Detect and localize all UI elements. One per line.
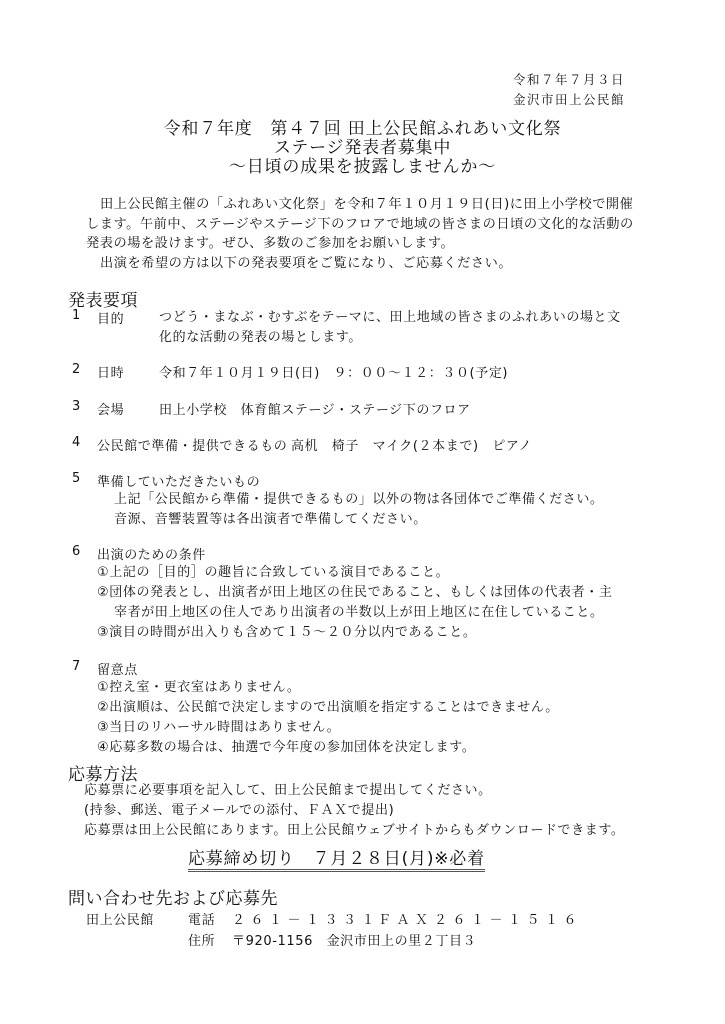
item-line: ①上記の［目的］の趣旨に合致している演目であること。 — [97, 563, 612, 583]
item-content: ①上記の［目的］の趣旨に合致している演目であること。 ②団体の発表とし、出演者が… — [97, 563, 612, 643]
item-label: 出演のための条件 — [97, 544, 206, 563]
document-header: 令和７年７月３日 金沢市田上公民館 — [513, 70, 625, 110]
intro-line: 田上公民館主催の「ふれあい文化祭」を令和７年１０月１９日(日)に田上小学校で開催 — [86, 195, 634, 215]
item-line: 化的な活動の発表の場とします。 — [159, 328, 621, 348]
application-line: 応募票に必要事項を記入して、田上公民館まで提出してください。 — [84, 781, 625, 801]
issuer: 金沢市田上公民館 — [513, 90, 625, 110]
item-line: 宰者が田上地区の住人であり出演者の半数以上が田上地区に在住していること。 — [97, 603, 612, 623]
item-label: 会場 — [97, 399, 124, 418]
item-label: 目的 — [97, 308, 124, 327]
item-content: 田上小学校 体育館ステージ・ステージ下のフロア — [159, 399, 471, 418]
item-line: 音源、音響装置等は各出演者で準備してください。 — [114, 510, 604, 530]
contact-heading: 問い合わせ先および応募先 — [68, 884, 278, 909]
item-label: 公民館で準備・提供できるもの — [97, 435, 287, 454]
title-line-3: ～日頃の成果を披露しませんか～ — [0, 158, 725, 177]
address: 〒920-1156 金沢市田上の里２丁目３ — [232, 930, 476, 949]
item-number: 7 — [72, 659, 81, 674]
fax-number: ２６１－１５１６ — [434, 909, 582, 928]
phone-number: ２６１－１３３１ — [232, 909, 380, 928]
item-content: ①控え室・更衣室はありません。 ②出演順は、公民館で決定しますので出演順を指定す… — [97, 678, 559, 758]
item-label: 日時 — [97, 362, 124, 381]
item-number: 4 — [72, 435, 81, 450]
item-number: 3 — [72, 399, 81, 414]
item-content: つどう・まなぶ・むすぶをテーマに、田上地域の皆さまのふれあいの場と文 化的な活動… — [159, 308, 621, 348]
item-label: 留意点 — [97, 659, 138, 678]
item-line: ②団体の発表とし、出演者が田上地区の住民であること、もしくは団体の代表者・主 — [97, 583, 612, 603]
item-line: 上記「公民館から準備・提供できるもの」以外の物は各団体でご準備ください。 — [114, 490, 604, 510]
item-content: 令和７年１０月１９日(日) ９：００～１２：３０(予定) — [159, 362, 508, 381]
item-label: 準備していただきたいもの — [97, 471, 260, 490]
application-line: 応募票は田上公民館にあります。田上公民館ウェブサイトからもダウンロードできます。 — [84, 821, 625, 841]
item-number: 5 — [72, 471, 81, 486]
address-label: 住所 — [188, 930, 215, 949]
item-content: 上記「公民館から準備・提供できるもの」以外の物は各団体でご準備ください。 音源、… — [114, 490, 604, 530]
document-page: 令和７年７月３日 金沢市田上公民館 令和７年度 第４７回 田上公民館ふれあい文化… — [0, 0, 725, 1024]
guideline-item-1: 1 — [72, 308, 81, 323]
item-number: 2 — [72, 362, 81, 377]
document-title: 令和７年度 第４７回 田上公民館ふれあい文化祭 ステージ発表者募集中 ～日頃の成… — [0, 120, 725, 177]
intro-paragraph: 田上公民館主催の「ふれあい文化祭」を令和７年１０月１９日(日)に田上小学校で開催… — [86, 195, 634, 273]
item-line: ④応募多数の場合は、抽選で今年度の参加団体を決定します。 — [97, 738, 559, 758]
contact-org: 田上公民館 — [86, 909, 154, 928]
item-number: 6 — [72, 544, 81, 559]
application-line: (持参、郵送、電子メールでの添付、ＦＡＸで提出) — [84, 801, 625, 821]
deadline-notice: 応募締め切り ７月２８日(月)※必着 — [188, 849, 485, 872]
item-content: 高机 椅子 マイク(２本まで) ピアノ — [291, 435, 532, 454]
title-line-2: ステージ発表者募集中 — [0, 139, 725, 158]
intro-line: 発表の場を設けます。ぜひ、多数のご参加をお願いします。 — [86, 234, 634, 254]
phone-label: 電話 — [188, 909, 215, 928]
item-line: ②出演順は、公民館で決定しますので出演順を指定することはできません。 — [97, 698, 559, 718]
application-content: 応募票に必要事項を記入して、田上公民館まで提出してください。 (持参、郵送、電子… — [84, 781, 625, 841]
item-line: つどう・まなぶ・むすぶをテーマに、田上地域の皆さまのふれあいの場と文 — [159, 308, 621, 328]
fax-label: ＦＡＸ — [378, 909, 434, 928]
title-line-1: 令和７年度 第４７回 田上公民館ふれあい文化祭 — [0, 120, 725, 139]
intro-line: 出演を希望の方は以下の発表要項をご覧になり、ご応募ください。 — [86, 254, 634, 274]
item-line: ③演目の時間が出入りも含めて１５～２０分以内であること。 — [97, 623, 612, 643]
intro-line: します。午前中、ステージやステージ下のフロアで地域の皆さまの日頃の文化的な活動の — [86, 215, 634, 235]
issue-date: 令和７年７月３日 — [513, 70, 625, 90]
item-number: 1 — [72, 308, 81, 323]
item-line: ①控え室・更衣室はありません。 — [97, 678, 559, 698]
item-line: ③当日のリハーサル時間はありません。 — [97, 718, 559, 738]
